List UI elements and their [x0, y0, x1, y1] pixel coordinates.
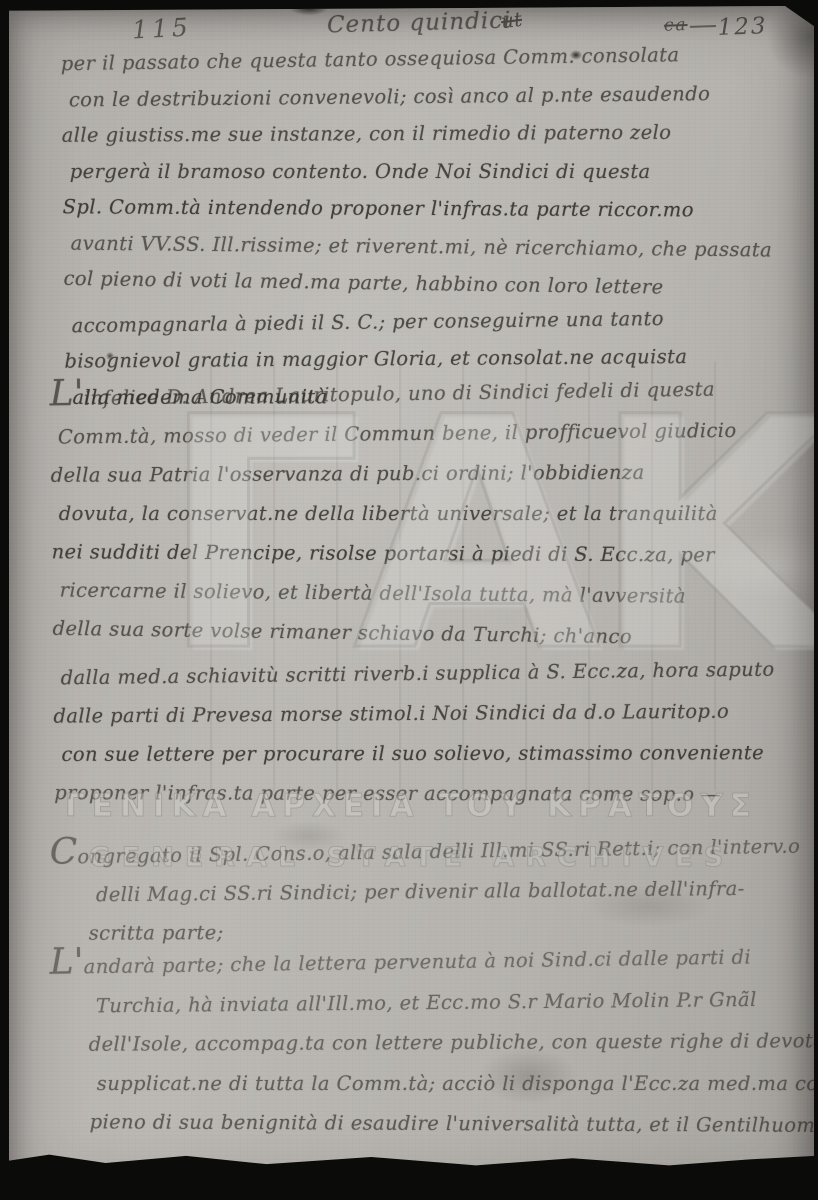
- manuscript-line: alle giustiss.me sue instanze, con il ri…: [62, 113, 764, 154]
- manuscript-line: nei sudditi del Prencipe, risolse portar…: [52, 532, 766, 575]
- manuscript-line: dell'Isole, accompag.ta con lettere publ…: [51, 1021, 818, 1065]
- manuscript-line: della sua Patria l'osservanza di pub.ci …: [51, 452, 765, 495]
- paragraph-3: Congregato il Spl. Cons.o, alla sala del…: [57, 832, 807, 952]
- manuscript-line: con sue lettere per procurare il suo sol…: [61, 733, 775, 775]
- page-title-words: Cento quindici: [327, 8, 512, 39]
- manuscript-line: Comm.tà, mosso di veder il Commun bene, …: [58, 411, 772, 458]
- manuscript-line: supplicat.ne di tutta la Comm.tà; acciò …: [59, 1064, 818, 1105]
- manuscript-line: Spl. Comm.tà intendendo proponer l'infra…: [63, 188, 765, 229]
- manuscript-line: delli Mag.ci SS.ri Sindici; per divenir …: [58, 868, 809, 915]
- manuscript-line: con le destribuzioni convenevoli; così a…: [69, 74, 771, 118]
- strike-dash: [690, 25, 716, 28]
- struck-out-word: ut: [500, 7, 524, 33]
- manuscript-line: dovuta, la conservat.ne della libertà un…: [59, 494, 773, 534]
- paragraph-4: L'andarà parte; che la lettera pervenuta…: [57, 942, 818, 1145]
- manuscript-line: dalle parti di Prevesa morse stimol.i No…: [53, 691, 767, 736]
- paragraph-2: L'infelice D. Andrea Lauritopulo, uno di…: [57, 374, 771, 814]
- scan-background: 115 Cento quindici ut ca123 per il passa…: [0, 0, 818, 1200]
- folio-struck-letters: ca: [664, 15, 688, 36]
- manuscript-line: pieno di sua benignità di esaudire l'uni…: [52, 1102, 818, 1146]
- manuscript-line: dalla med.a schiavitù scritti riverb.i s…: [60, 650, 774, 699]
- manuscript-line: pergerà il bramoso contento. Onde Noi Si…: [70, 153, 771, 191]
- manuscript-page: 115 Cento quindici ut ca123 per il passa…: [9, 6, 814, 1200]
- manuscript-line: Turchia, hà inviata all'Ill.mo, et Ecc.m…: [58, 979, 818, 1027]
- paragraph-1: per il passato che questa tanto ossequio…: [68, 40, 769, 415]
- manuscript-line: proponer l'infras.ta parte per esser acc…: [54, 773, 768, 815]
